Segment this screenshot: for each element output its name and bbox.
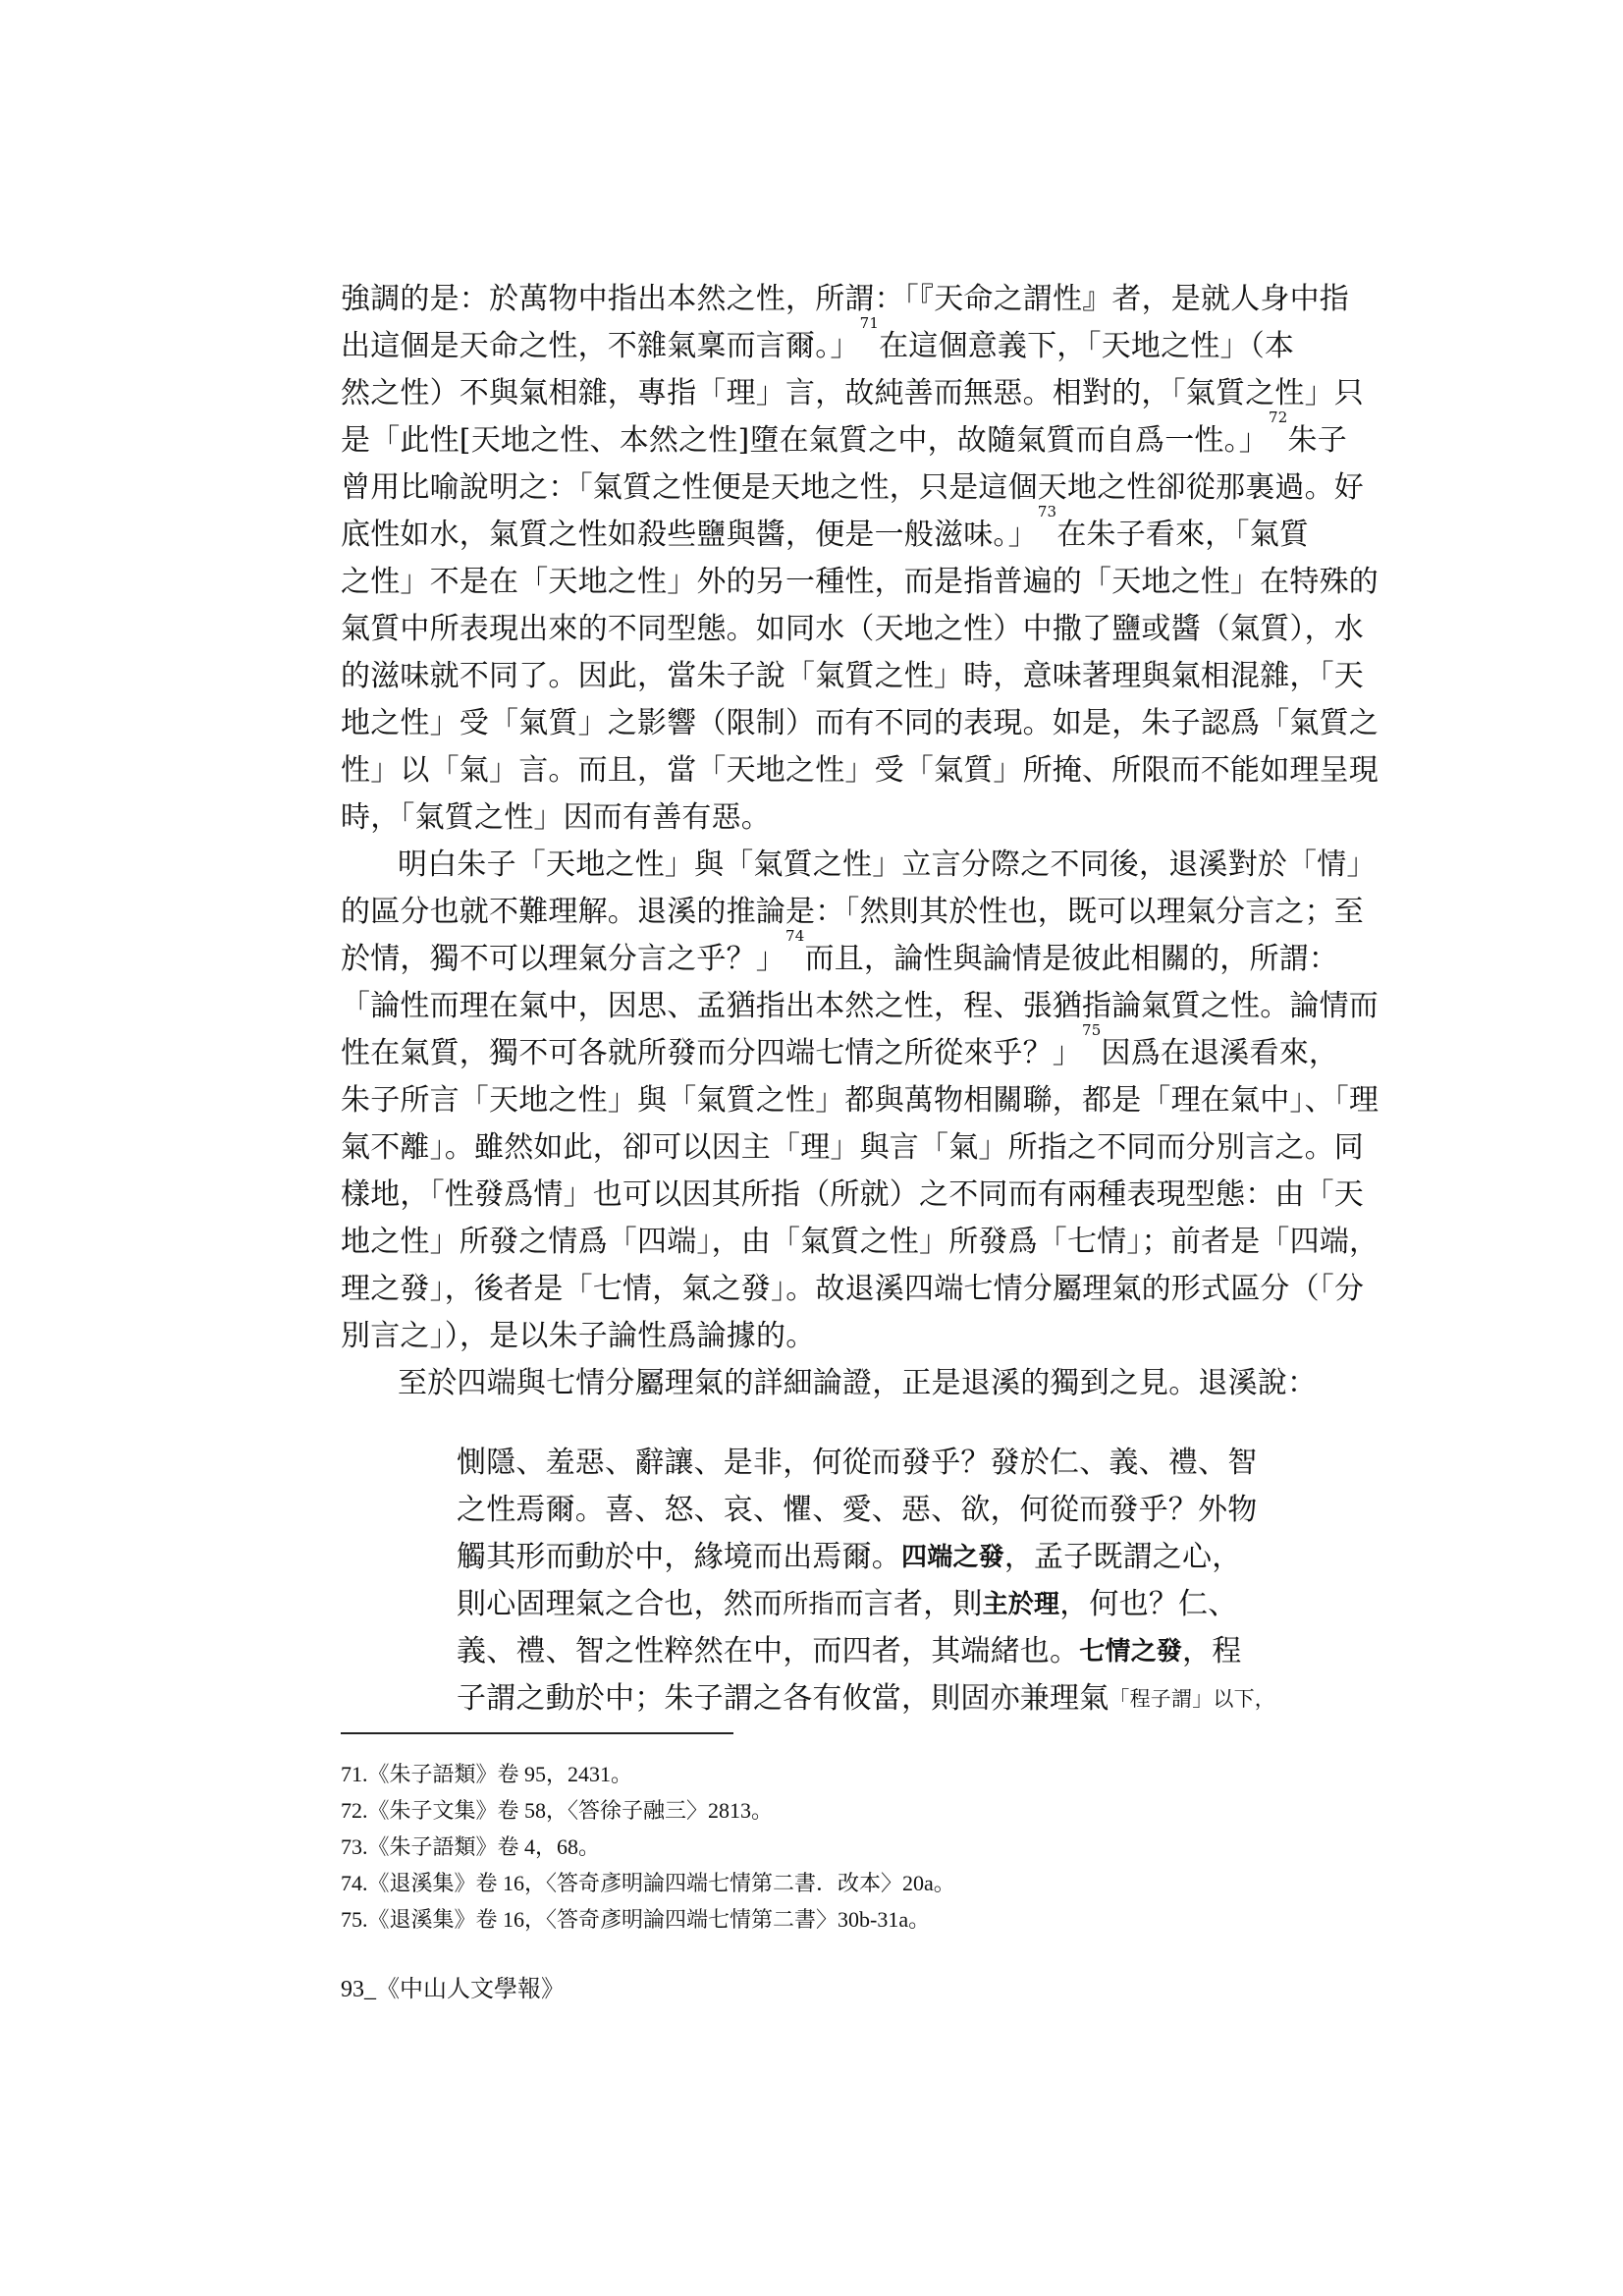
document-page: 強調的是：於萬物中指出本然之性，所謂：「『天命之謂性』者，是就人身中指 出這個是… xyxy=(0,0,1623,2296)
quote-line: 則心固理氣之合也，然而 所指 而言者，則 主於理 ，何也？仁、 xyxy=(457,1581,1220,1628)
text-line: 底性如水，氣質之性如殺些鹽與醬，便是一般滋味。」 73 在朱子看來，「氣質 xyxy=(341,512,1285,559)
text-line: 曾用比喻說明之：「氣質之性便是天地之性，只是這個天地之性卻從那裏過。好 xyxy=(341,465,1285,512)
quote-line: 子謂之動於中；朱子謂之各有攸當，則固亦兼理氣 「程子謂」以下， xyxy=(457,1675,1220,1722)
text-line: 出這個是天命之性，不雜氣稟而言爾。」 71 在這個意義下，「天地之性」（本 xyxy=(341,323,1285,370)
text-line: 明白朱子「天地之性」與「氣質之性」立言分際之不同後，退溪對於「情」 xyxy=(341,842,1285,889)
footnote-ref-71[interactable]: 71 xyxy=(860,323,880,370)
footnote-ref-74[interactable]: 74 xyxy=(785,936,805,983)
footnote-ref-73[interactable]: 73 xyxy=(1038,512,1057,559)
footnote-73: 73.《朱子語類》卷 4，68。 xyxy=(341,1829,955,1865)
footnote-74: 74.《退溪集》卷 16，〈答奇彥明論四端七情第二書．改本〉20a。 xyxy=(341,1865,955,1901)
quote-line: 惻隱、羞惡、辭讓、是非，何從而發乎？發於仁、義、禮、智 xyxy=(457,1440,1220,1487)
text-line: 的滋味就不同了。因此，當朱子說「氣質之性」時，意味著理與氣相混雜，「天 xyxy=(341,653,1285,700)
text-line: 別言之」），是以朱子論性爲論據的。 xyxy=(341,1313,1285,1360)
text-line: 之性」不是在「天地之性」外的另一種性，而是指普遍的「天地之性」在特殊的 xyxy=(341,559,1285,606)
footnote-separator xyxy=(341,1732,733,1734)
text-line: 樣地，「性發爲情」也可以因其所指（所就）之不同而有兩種表現型態：由「天 xyxy=(341,1172,1285,1219)
emphasis: 四端之發 xyxy=(901,1534,1004,1581)
text-line: 的區分也就不難理解。退溪的推論是：「然則其於性也，既可以理氣分言之；至 xyxy=(341,889,1285,936)
block-quote: 惻隱、羞惡、辭讓、是非，何從而發乎？發於仁、義、禮、智 之性焉爾。喜、怒、哀、懼… xyxy=(457,1440,1220,1722)
inline-annotation: 「程子謂」以下， xyxy=(1109,1675,1275,1722)
quote-line: 義、禮、智之性粹然在中，而四者，其端緒也。 七情之發 ，程 xyxy=(457,1628,1220,1675)
text-line: 氣不離」。雖然如此，卻可以因主「理」與言「氣」所指之不同而分別言之。同 xyxy=(341,1124,1285,1172)
text-line: 時，「氣質之性」因而有善有惡。 xyxy=(341,794,1285,842)
body-text: 強調的是：於萬物中指出本然之性，所謂：「『天命之謂性』者，是就人身中指 出這個是… xyxy=(341,276,1285,1407)
footnote-ref-72[interactable]: 72 xyxy=(1269,417,1288,465)
text-line: 是「此性[天地之性、本然之性]墮在氣質之中，故隨氣質而自爲一性。」 72 朱子 xyxy=(341,417,1285,465)
text-line: 至於四端與七情分屬理氣的詳細論證，正是退溪的獨到之見。退溪說： xyxy=(341,1360,1285,1407)
text-line: 於情，獨不可以理氣分言之乎？」 74 而且，論性與論情是彼此相關的，所謂： xyxy=(341,936,1285,983)
text-line: 氣質中所表現出來的不同型態。如同水（天地之性）中撒了鹽或醬（氣質），水 xyxy=(341,606,1285,653)
text-line: 理之發」，後者是「七情，氣之發」。故退溪四端七情分屬理氣的形式區分（「分 xyxy=(341,1266,1285,1313)
text-line: 性」以「氣」言。而且，當「天地之性」受「氣質」所掩、所限而不能如理呈現 xyxy=(341,747,1285,794)
footnotes: 71.《朱子語類》卷 95，2431。 72.《朱子文集》卷 58，〈答徐子融三… xyxy=(341,1756,955,1938)
footnote-75: 75.《退溪集》卷 16，〈答奇彥明論四端七情第二書〉30b-31a。 xyxy=(341,1901,955,1938)
footnote-ref-75[interactable]: 75 xyxy=(1082,1030,1102,1077)
journal-title: _《中山人文學報》 xyxy=(364,1977,565,2002)
page-number: 93 xyxy=(341,1977,364,2002)
text-line: 「論性而理在氣中，因思、孟猶指出本然之性，程、張猶指論氣質之性。論情而 xyxy=(341,983,1285,1030)
text-line: 地之性」所發之情爲「四端」，由「氣質之性」所發爲「七情」；前者是「四端， xyxy=(341,1219,1285,1266)
text-line: 性在氣質，獨不可各就所發而分四端七情之所從來乎？」 75 因爲在退溪看來， xyxy=(341,1030,1285,1077)
text-line: 強調的是：於萬物中指出本然之性，所謂：「『天命之謂性』者，是就人身中指 xyxy=(341,276,1285,323)
quote-line: 之性焉爾。喜、怒、哀、懼、愛、惡、欲，何從而發乎？外物 xyxy=(457,1487,1220,1534)
text-line: 然之性）不與氣相雜，專指「理」言，故純善而無惡。相對的，「氣質之性」只 xyxy=(341,370,1285,417)
quote-line: 觸其形而動於中，緣境而出焉爾。 四端之發 ，孟子既謂之心， xyxy=(457,1534,1220,1581)
emphasis: 所指 xyxy=(783,1581,834,1628)
text-line: 朱子所言「天地之性」與「氣質之性」都與萬物相關聯，都是「理在氣中」、「理 xyxy=(341,1077,1285,1124)
emphasis: 主於理 xyxy=(983,1581,1060,1628)
footnote-72: 72.《朱子文集》卷 58，〈答徐子融三〉2813。 xyxy=(341,1792,955,1829)
page-footer: 93_《中山人文學報》 xyxy=(341,1969,565,2003)
text-line: 地之性」受「氣質」之影響（限制）而有不同的表現。如是，朱子認爲「氣質之 xyxy=(341,700,1285,747)
footnote-71: 71.《朱子語類》卷 95，2431。 xyxy=(341,1756,955,1792)
emphasis: 七情之發 xyxy=(1079,1628,1182,1675)
